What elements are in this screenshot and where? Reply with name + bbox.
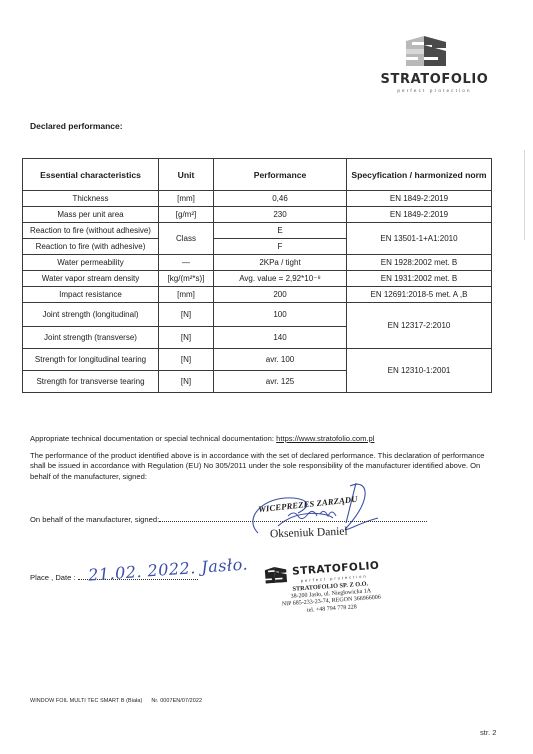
performance-cell: 0,46: [214, 191, 347, 207]
characteristic-cell: Joint strength (longitudinal): [23, 303, 159, 327]
unit-cell: [N]: [159, 349, 214, 371]
characteristic-cell: Joint strength (transverse): [23, 327, 159, 349]
signature-field: [159, 515, 427, 522]
page-number: str. 2: [480, 728, 496, 737]
company-stamp: STRATOFOLIO perfect protection STRATOFOL…: [260, 556, 405, 636]
header-characteristics: Essential characteristics: [23, 159, 159, 191]
table-row: Strength for longitudinal tearing [N] av…: [23, 349, 492, 371]
characteristic-cell: Water vapor stream density: [23, 271, 159, 287]
characteristic-cell: Reaction to fire (with adhesive): [23, 239, 159, 255]
characteristic-cell: Thickness: [23, 191, 159, 207]
performance-cell: 200: [214, 287, 347, 303]
characteristic-cell: Impact resistance: [23, 287, 159, 303]
footer-doc-number: Nr. 0007EN/07/2022: [151, 698, 202, 704]
unit-cell: [N]: [159, 327, 214, 349]
performance-cell: 2KPa / tight: [214, 255, 347, 271]
brand-tagline: perfect protection: [372, 88, 497, 93]
header-performance: Performance: [214, 159, 347, 191]
characteristic-cell: Reaction to fire (without adhesive): [23, 223, 159, 239]
unit-cell: [g/m²]: [159, 207, 214, 223]
documentation-link[interactable]: https://www.stratofolio.com.pl: [276, 434, 374, 443]
characteristic-cell: Strength for longitudinal tearing: [23, 349, 159, 371]
unit-cell: Class: [159, 223, 214, 255]
signed-label: On behalf of the manufacturer, signed:: [30, 515, 159, 524]
performance-cell: F: [214, 239, 347, 255]
documentation-line: Appropriate technical documentation or s…: [30, 434, 500, 444]
table-header-row: Essential characteristics Unit Performan…: [23, 159, 492, 191]
table-row: Impact resistance [mm] 200 EN 12691:2018…: [23, 287, 492, 303]
signer-name: Okseniuk Daniel: [270, 526, 348, 541]
table-row: Mass per unit area [g/m²] 230 EN 1849-2:…: [23, 207, 492, 223]
performance-cell: Avg. value = 2,92*10⁻⁸: [214, 271, 347, 287]
norm-cell: EN 12310-1:2001: [347, 349, 492, 393]
stamp-address: STRATOFOLIO SP. Z O.O. 38-200 Jasło, ul.…: [265, 579, 397, 618]
brand-name: STRATOFOLIO: [372, 72, 497, 87]
norm-cell: EN 12691:2018-5 met. A ,B: [347, 287, 492, 303]
stratofolio-logo-icon: [406, 36, 448, 66]
unit-cell: [kg/(m²*s)]: [159, 271, 214, 287]
unit-cell: [N]: [159, 371, 214, 393]
norm-cell: EN 1849-2:2019: [347, 207, 492, 223]
characteristic-cell: Strength for transverse tearing: [23, 371, 159, 393]
table-row: Water vapor stream density [kg/(m²*s)] A…: [23, 271, 492, 287]
characteristic-cell: Mass per unit area: [23, 207, 159, 223]
unit-cell: [mm]: [159, 191, 214, 207]
norm-cell: EN 12317-2:2010: [347, 303, 492, 349]
footer-product: WINDOW FOIL MULTI TEC SMART B (Biała): [30, 698, 142, 704]
performance-cell: avr. 125: [214, 371, 347, 393]
characteristic-cell: Water permeability: [23, 255, 159, 271]
performance-cell: E: [214, 223, 347, 239]
unit-cell: [N]: [159, 303, 214, 327]
section-title: Declared performance:: [30, 121, 123, 131]
performance-cell: 140: [214, 327, 347, 349]
header-unit: Unit: [159, 159, 214, 191]
declared-performance-table: Essential characteristics Unit Performan…: [22, 158, 492, 393]
company-logo: STRATOFOLIO perfect protection: [360, 30, 500, 100]
scan-edge-mark: [524, 150, 529, 240]
unit-cell: [mm]: [159, 287, 214, 303]
stamp-logo-icon: [262, 566, 291, 584]
table-row: Joint strength (longitudinal) [N] 100 EN…: [23, 303, 492, 327]
place-date-label: Place , Date :: [30, 573, 76, 582]
table-row: Water permeability — 2KPa / tight EN 192…: [23, 255, 492, 271]
documentation-label: Appropriate technical documentation or s…: [30, 434, 274, 443]
norm-cell: EN 1849-2:2019: [347, 191, 492, 207]
signed-line: On behalf of the manufacturer, signed:: [30, 515, 427, 524]
table-row: Thickness [mm] 0,46 EN 1849-2:2019: [23, 191, 492, 207]
norm-cell: EN 1931:2002 met. B: [347, 271, 492, 287]
performance-cell: 100: [214, 303, 347, 327]
header-norm: Specyfication / harmonized norm: [347, 159, 492, 191]
unit-cell: —: [159, 255, 214, 271]
footer-document-id: WINDOW FOIL MULTI TEC SMART B (Biała)Nr.…: [30, 698, 202, 704]
performance-cell: 230: [214, 207, 347, 223]
norm-cell: EN 1928:2002 met. B: [347, 255, 492, 271]
table-row: Reaction to fire (without adhesive) Clas…: [23, 223, 492, 239]
performance-cell: avr. 100: [214, 349, 347, 371]
norm-cell: EN 13501-1+A1:2010: [347, 223, 492, 255]
